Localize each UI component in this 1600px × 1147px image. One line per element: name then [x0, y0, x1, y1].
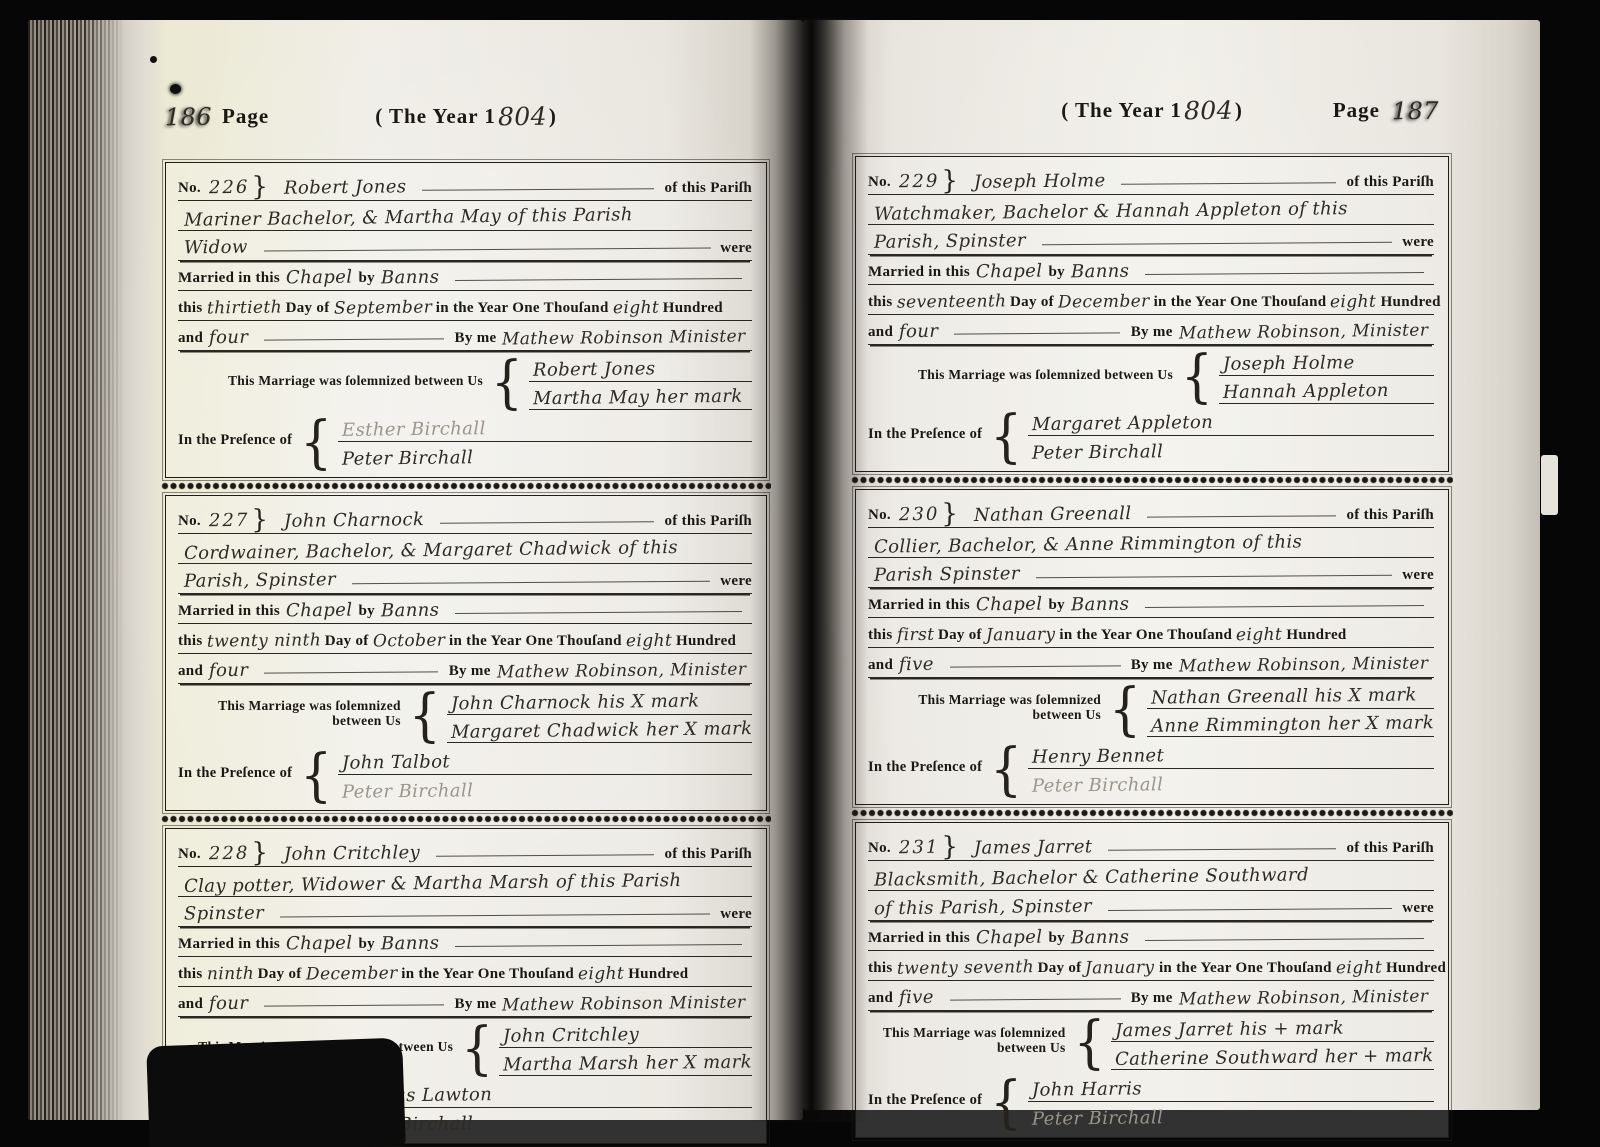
by-me-label: By me: [1131, 324, 1173, 343]
were-label: were: [720, 573, 752, 592]
page-number-block: 186 Page: [165, 101, 342, 129]
of-this-parish-label: of this Pariſh: [664, 513, 752, 532]
this-label: this: [178, 966, 203, 985]
brace: {: [461, 1022, 493, 1074]
groom-signature-line: John Charnock his X mark: [447, 687, 752, 715]
hundred-label: Hundred: [1381, 294, 1441, 313]
married-in-this-label: Married in this: [178, 936, 280, 955]
minister-row: and five By me Mathew Robinson, Minister: [868, 981, 1434, 1011]
year-units: four: [209, 995, 249, 1014]
groom-signature: John Critchley: [503, 1026, 639, 1047]
entries-left: No. 226 } Robert Jones of this Pariſh Ma…: [165, 162, 767, 1144]
entry-header-row: No. 231 } James Jarret of this Pariſh: [868, 831, 1434, 861]
pen-stroke: [1145, 938, 1424, 941]
solemnized-row: This Marriage was ſolemnized between Us …: [868, 345, 1434, 407]
pen-stroke: [1108, 908, 1392, 911]
condition-text: Parish Spinster: [874, 565, 1020, 586]
witness-1-signature: John Talbot: [342, 753, 450, 773]
married-row: Married in this Chapel by Banns: [178, 594, 752, 624]
year-prefix: ( The Year 1: [375, 104, 496, 129]
bead-separator: [851, 808, 1453, 819]
year-suffix: ): [549, 104, 557, 129]
and-label: and: [868, 657, 893, 676]
bride-signature-line: Anne Rimmington her X mark: [1147, 709, 1434, 737]
register-entry: No. 230 } Nathan Greenall of this Pariſh…: [855, 489, 1449, 805]
pen-stroke: [436, 854, 654, 857]
were-label: were: [720, 906, 752, 925]
of-this-parish-label: of this Pariſh: [1346, 840, 1434, 859]
hundred-label: Hundred: [628, 966, 688, 985]
condition-text: Widow: [184, 239, 248, 259]
condition-row: Parish Spinster were: [868, 558, 1434, 588]
pen-stroke: [455, 611, 742, 614]
year-hundreds: eight: [1236, 627, 1282, 645]
pen-stroke: [1036, 575, 1392, 578]
groom-name: Nathan Greenall: [974, 505, 1132, 526]
ink-speck: [150, 56, 157, 63]
brace: {: [300, 416, 332, 468]
date-row: this first Day of January in the Year On…: [868, 618, 1434, 648]
solemnized-label: This Marriage was ſolemnized between Us: [178, 374, 483, 391]
no-label: No.: [868, 840, 891, 859]
hundred-label: Hundred: [1386, 960, 1446, 979]
minister-row: and five By me Mathew Robinson, Minister: [868, 648, 1434, 678]
hundred-label: Hundred: [1286, 627, 1346, 646]
method-name: Banns: [381, 602, 440, 622]
witness-stack: John Talbot Peter Birchall: [338, 747, 752, 803]
year-units: five: [899, 989, 934, 1008]
occupation-and-bride: Watchmaker, Bachelor & Hannah Appleton o…: [874, 200, 1348, 225]
by-label: by: [1048, 264, 1064, 283]
day-of-label: Day of: [258, 966, 302, 985]
month-name: January: [1085, 960, 1155, 979]
day-of-label: Day of: [938, 627, 982, 646]
black-ink-blob: [146, 1038, 406, 1147]
right-page-header: ( The Year 1 804 ) Page 187: [855, 94, 1449, 134]
solemnized-row: This Marriage was ſolemnized between Us …: [178, 351, 752, 413]
month-name: December: [1058, 294, 1150, 313]
year-handwritten: 804: [1184, 96, 1233, 126]
witness-1-line: John Talbot: [338, 747, 752, 775]
day-of-label: Day of: [1010, 294, 1054, 313]
pen-stroke: [954, 332, 1120, 334]
method-name: Banns: [381, 935, 440, 955]
married-in-this-label: Married in this: [868, 930, 970, 949]
year-heading: ( The Year 1 804 ): [1030, 94, 1275, 123]
witness-1-line: Esther Birchall: [338, 414, 752, 442]
brace: }: [251, 177, 268, 198]
month-name: October: [372, 633, 445, 652]
by-me-label: By me: [455, 996, 497, 1015]
year-hundreds: eight: [626, 633, 672, 651]
occupation-and-bride: Cordwainer, Bachelor, & Margaret Chadwic…: [184, 539, 678, 564]
place-name: Chapel: [976, 596, 1043, 616]
year-units: four: [209, 329, 249, 348]
pen-stroke: [950, 998, 1121, 1000]
were-label: were: [1402, 234, 1434, 253]
signature-stack: John Charnock his X mark Margaret Chadwi…: [447, 687, 752, 743]
brace: }: [941, 504, 958, 525]
witness-2-line: Peter Birchall: [1028, 436, 1434, 464]
and-label: and: [868, 324, 893, 343]
occupation-row: Collier, Bachelor, & Anne Rimmington of …: [868, 528, 1434, 558]
register-entry: No. 229 } Joseph Holme of this Pariſh Wa…: [855, 156, 1449, 472]
solemnized-label: This Marriage was ſolemnized between Us: [868, 693, 1101, 725]
by-label: by: [1048, 930, 1064, 949]
pen-stroke: [455, 944, 742, 947]
bead-separator: [161, 481, 771, 492]
of-this-parish-label: of this Pariſh: [1346, 174, 1434, 193]
brace: }: [941, 837, 958, 858]
brace: {: [1074, 1016, 1106, 1068]
brace: {: [990, 410, 1022, 462]
register-entry: No. 226 } Robert Jones of this Pariſh Ma…: [165, 162, 767, 478]
married-in-this-label: Married in this: [178, 270, 280, 289]
pen-stroke: [1147, 515, 1336, 517]
pen-stroke: [1145, 605, 1424, 608]
day-word: thirtieth: [206, 300, 281, 319]
pen-stroke: [950, 665, 1121, 667]
bride-signature: Martha Marsh her X mark: [503, 1054, 752, 1076]
by-label: by: [358, 270, 374, 289]
this-label: this: [178, 300, 203, 319]
groom-name: John Charnock: [284, 511, 425, 532]
day-word: twenty seventh: [896, 959, 1033, 979]
year-label: in the Year One Thouſand: [1159, 960, 1332, 979]
bride-signature-line: Martha May her mark: [529, 382, 752, 410]
groom-name: Joseph Holme: [974, 172, 1106, 192]
brace: }: [251, 510, 268, 531]
this-label: this: [178, 633, 203, 652]
year-units: four: [899, 323, 939, 342]
pen-stroke: [1121, 182, 1336, 185]
witness-row: In the Preſence of { John Talbot Peter B…: [178, 746, 752, 804]
entry-header-row: No. 228 } John Critchley of this Pariſh: [178, 837, 752, 867]
year-label: in the Year One Thouſand: [401, 966, 574, 985]
and-label: and: [178, 996, 203, 1015]
year-hundreds: eight: [1336, 960, 1382, 978]
by-label: by: [1048, 597, 1064, 616]
presence-label: In the Preſence of: [868, 760, 982, 778]
pen-stroke: [264, 247, 711, 251]
presence-label: In the Preſence of: [178, 766, 292, 784]
occupation-row: Clay potter, Widower & Martha Marsh of t…: [178, 867, 752, 897]
witness-row: In the Preſence of { Henry Bennet Peter …: [868, 740, 1434, 798]
witness-row: In the Preſence of { Margaret Appleton P…: [868, 407, 1434, 465]
pen-stroke: [352, 581, 710, 585]
place-name: Chapel: [976, 929, 1043, 949]
entry-header-row: No. 230 } Nathan Greenall of this Pariſh: [868, 498, 1434, 528]
condition-row: Widow were: [178, 231, 752, 261]
no-label: No.: [178, 180, 201, 199]
year-label: in the Year One Thouſand: [1154, 294, 1327, 313]
witness-2-signature: Peter Birchall: [1032, 776, 1164, 796]
date-row: this thirtieth Day of September in the Y…: [178, 291, 752, 321]
occupation-and-bride: Clay potter, Widower & Martha Marsh of t…: [184, 872, 682, 897]
presence-label: In the Preſence of: [868, 1093, 982, 1111]
year-label: in the Year One Thouſand: [436, 300, 609, 319]
married-row: Married in this Chapel by Banns: [868, 588, 1434, 618]
witness-1-signature: Margaret Appleton: [1032, 414, 1213, 435]
witness-1-signature: John Harris: [1032, 1080, 1142, 1100]
occupation-and-bride: Collier, Bachelor, & Anne Rimmington of …: [874, 533, 1302, 557]
year-hundreds: eight: [612, 300, 658, 318]
bride-signature: Martha May her mark: [533, 388, 743, 409]
brace: {: [491, 356, 523, 408]
witness-2-signature: Peter Birchall: [342, 782, 474, 802]
witness-1-line: John Harris: [1028, 1074, 1434, 1102]
groom-signature: James Jarret his + mark: [1115, 1020, 1344, 1042]
year-handwritten: 804: [498, 102, 547, 132]
entries-right: No. 229 } Joseph Holme of this Pariſh Wa…: [855, 156, 1449, 1138]
bride-signature-line: Martha Marsh her X mark: [499, 1048, 752, 1076]
and-label: and: [178, 330, 203, 349]
entry-number: 229: [899, 173, 940, 192]
married-row: Married in this Chapel by Banns: [178, 927, 752, 957]
solemnized-row: This Marriage was ſolemnized between Us …: [178, 684, 752, 746]
entry-header-row: No. 227 } John Charnock of this Pariſh: [178, 504, 752, 534]
groom-signature-line: Nathan Greenall his X mark: [1147, 681, 1434, 709]
ink-speck: [170, 84, 181, 94]
entry-number: 231: [899, 839, 940, 858]
were-label: were: [720, 240, 752, 259]
groom-signature-line: John Critchley: [499, 1020, 752, 1048]
witness-1-signature: Esther Birchall: [342, 420, 486, 441]
place-name: Chapel: [286, 269, 353, 289]
solemnized-row: This Marriage was ſolemnized between Us …: [868, 678, 1434, 740]
pen-stroke: [422, 188, 654, 191]
brace: {: [990, 743, 1022, 795]
witness-row: In the Preſence of { Esther Birchall Pet…: [178, 413, 752, 471]
bride-signature-line: Catherine Southward her + mark: [1111, 1042, 1434, 1070]
scan-edge-notch: [1541, 455, 1558, 515]
bride-signature-line: Margaret Chadwick her X mark: [447, 715, 752, 743]
married-in-this-label: Married in this: [868, 264, 970, 283]
solemnized-label: This Marriage was ſolemnized between Us: [178, 699, 401, 731]
witness-2-line: Peter Birchall: [338, 442, 752, 470]
witness-stack: Henry Bennet Peter Birchall: [1028, 741, 1434, 797]
by-label: by: [358, 936, 374, 955]
married-in-this-label: Married in this: [178, 603, 280, 622]
minister-signature: Mathew Robinson, Minister: [1179, 656, 1429, 677]
day-word: twenty ninth: [206, 632, 320, 651]
right-page-content: ( The Year 1 804 ) Page 187 No. 229 } Jo…: [855, 94, 1449, 1138]
day-of-label: Day of: [325, 633, 369, 652]
presence-label: In the Preſence of: [868, 427, 982, 445]
witness-row: In the Preſence of { John Harris Peter B…: [868, 1073, 1434, 1131]
groom-signature: John Charnock his X mark: [451, 693, 700, 715]
married-row: Married in this Chapel by Banns: [178, 261, 752, 291]
by-me-label: By me: [1131, 990, 1173, 1009]
and-label: and: [178, 663, 203, 682]
day-word: ninth: [206, 966, 253, 984]
minister-row: and four By me Mathew Robinson, Minister: [868, 315, 1434, 345]
witness-stack: Esther Birchall Peter Birchall: [338, 414, 752, 470]
method-name: Banns: [381, 269, 440, 289]
entry-number: 226: [209, 179, 250, 198]
brace: {: [1181, 350, 1213, 402]
occupation-row: Blacksmith, Bachelor & Catherine Southwa…: [868, 861, 1434, 891]
pen-stroke: [1108, 848, 1336, 851]
year-units: four: [209, 662, 249, 681]
were-label: were: [1402, 900, 1434, 919]
witness-2-line: Peter Birchall: [338, 775, 752, 803]
occupation-row: Mariner Bachelor, & Martha May of this P…: [178, 201, 752, 231]
of-this-parish-label: of this Pariſh: [664, 846, 752, 865]
method-name: Banns: [1071, 929, 1130, 949]
brace: {: [300, 749, 332, 801]
month-name: September: [333, 300, 431, 319]
year-label: in the Year One Thouſand: [449, 633, 622, 652]
pen-stroke: [1145, 272, 1424, 275]
were-label: were: [1402, 567, 1434, 586]
place-name: Chapel: [976, 263, 1043, 283]
hundred-label: Hundred: [663, 300, 723, 319]
occupation-and-bride: Blacksmith, Bachelor & Catherine Southwa…: [874, 866, 1309, 890]
brace: {: [1109, 683, 1141, 735]
book-page-edges: [28, 20, 124, 1120]
no-label: No.: [178, 513, 201, 532]
page-number-block: Page 187: [1274, 95, 1449, 123]
signature-stack: Nathan Greenall his X mark Anne Rimmingt…: [1147, 681, 1434, 737]
groom-signature-line: James Jarret his + mark: [1111, 1014, 1434, 1042]
entry-number: 230: [899, 506, 940, 525]
left-page-header: 186 Page ( The Year 1 804 ): [165, 100, 767, 140]
entry-header-row: No. 229 } Joseph Holme of this Pariſh: [868, 165, 1434, 195]
groom-name: Robert Jones: [284, 178, 407, 198]
witness-stack: Margaret Appleton Peter Birchall: [1028, 408, 1434, 464]
day-of-label: Day of: [286, 300, 330, 319]
year-hundreds: eight: [578, 966, 624, 984]
by-me-label: By me: [1131, 657, 1173, 676]
groom-name: John Critchley: [284, 844, 420, 865]
no-label: No.: [868, 174, 891, 193]
pen-stroke: [280, 913, 710, 917]
method-name: Banns: [1071, 263, 1130, 283]
brace: }: [251, 843, 268, 864]
presence-label: In the Preſence of: [178, 433, 292, 451]
bride-signature: Hannah Appleton: [1223, 382, 1389, 403]
witness-1-line: Margaret Appleton: [1028, 408, 1434, 436]
signature-stack: John Critchley Martha Marsh her X mark: [499, 1020, 752, 1076]
right-page: ( The Year 1 804 ) Page 187 No. 229 } Jo…: [803, 20, 1540, 1110]
witness-1-line: Henry Bennet: [1028, 741, 1434, 769]
month-name: January: [986, 627, 1056, 646]
occupation-row: Cordwainer, Bachelor, & Margaret Chadwic…: [178, 534, 752, 564]
signature-stack: Robert Jones Martha May her mark: [529, 354, 752, 410]
minister-signature: Mathew Robinson Minister: [502, 995, 746, 1016]
entry-number: 228: [209, 845, 250, 864]
place-name: Chapel: [286, 935, 353, 955]
minister-row: and four By me Mathew Robinson Minister: [178, 321, 752, 351]
of-this-parish-label: of this Pariſh: [664, 180, 752, 199]
date-row: this twenty ninth Day of October in the …: [178, 624, 752, 654]
bead-separator: [851, 475, 1453, 486]
by-me-label: By me: [455, 330, 497, 349]
condition-text: Spinster: [184, 905, 264, 925]
no-label: No.: [868, 507, 891, 526]
solemnized-label: This Marriage was ſolemnized between Us: [868, 1026, 1066, 1058]
register-entry: No. 227 } John Charnock of this Pariſh C…: [165, 495, 767, 811]
groom-signature-line: Robert Jones: [529, 354, 752, 382]
condition-row: Parish, Spinster were: [178, 564, 752, 594]
by-me-label: By me: [449, 663, 491, 682]
pen-stroke: [1042, 242, 1392, 245]
married-row: Married in this Chapel by Banns: [868, 921, 1434, 951]
condition-text: of this Parish, Spinster: [874, 898, 1092, 920]
occupation-and-bride: Mariner Bachelor, & Martha May of this P…: [184, 206, 633, 230]
month-name: December: [305, 966, 397, 985]
minister-row: and four By me Mathew Robinson Minister: [178, 987, 752, 1017]
condition-text: Parish, Spinster: [874, 232, 1026, 253]
condition-row: of this Parish, Spinster were: [868, 891, 1434, 921]
day-of-label: Day of: [1038, 960, 1082, 979]
place-name: Chapel: [286, 602, 353, 622]
year-prefix: ( The Year 1: [1061, 98, 1182, 123]
married-row: Married in this Chapel by Banns: [868, 255, 1434, 285]
pen-stroke: [264, 338, 444, 340]
year-suffix: ): [1235, 98, 1243, 123]
left-page-content: 186 Page ( The Year 1 804 ) No. 226 } Ro…: [165, 100, 767, 1144]
year-hundreds: eight: [1330, 294, 1376, 312]
of-this-parish-label: of this Pariſh: [1346, 507, 1434, 526]
witness-2-signature: Peter Birchall: [1032, 1109, 1164, 1129]
day-word: seventeenth: [896, 293, 1006, 312]
and-label: and: [868, 990, 893, 1009]
witness-2-signature: Peter Birchall: [1032, 443, 1164, 463]
page-label: Page: [222, 104, 269, 129]
minister-signature: Mathew Robinson Minister: [502, 329, 746, 350]
groom-name: James Jarret: [974, 838, 1093, 858]
signature-stack: Joseph Holme Hannah Appleton: [1219, 348, 1434, 404]
pen-stroke: [440, 521, 654, 523]
condition-text: Parish, Spinster: [184, 571, 336, 592]
bride-signature-line: Hannah Appleton: [1219, 376, 1434, 404]
register-entry: No. 231 } James Jarret of this Pariſh Bl…: [855, 822, 1449, 1138]
page-number: 187: [1392, 97, 1439, 126]
minister-signature: Mathew Robinson, Minister: [1179, 989, 1429, 1010]
groom-signature-line: Joseph Holme: [1219, 348, 1434, 376]
bead-separator: [161, 814, 771, 825]
pen-stroke: [264, 1004, 444, 1006]
witness-stack: John Harris Peter Birchall: [1028, 1074, 1434, 1130]
this-label: this: [868, 960, 893, 979]
day-word: first: [896, 627, 934, 645]
date-row: this ninth Day of December in the Year O…: [178, 957, 752, 987]
condition-row: Parish, Spinster were: [868, 225, 1434, 255]
entry-number: 227: [209, 512, 250, 531]
witness-2-signature: Peter Birchall: [342, 449, 474, 469]
bride-signature: Catherine Southward her + mark: [1115, 1047, 1434, 1070]
groom-signature: Joseph Holme: [1223, 354, 1355, 374]
minister-row: and four By me Mathew Robinson, Minister: [178, 654, 752, 684]
by-label: by: [358, 603, 374, 622]
pen-stroke: [455, 278, 742, 281]
brace: {: [409, 689, 441, 741]
solemnized-label: This Marriage was ſolemnized between Us: [868, 368, 1173, 385]
signature-stack: James Jarret his + mark Catherine Southw…: [1111, 1014, 1434, 1070]
no-label: No.: [178, 846, 201, 865]
left-page: 186 Page ( The Year 1 804 ) No. 226 } Ro…: [28, 20, 803, 1120]
this-label: this: [868, 627, 893, 646]
witness-2-line: Peter Birchall: [1028, 1102, 1434, 1130]
groom-signature: Nathan Greenall his X mark: [1151, 686, 1417, 708]
year-label: in the Year One Thouſand: [1059, 627, 1232, 646]
condition-row: Spinster were: [178, 897, 752, 927]
bride-signature: Anne Rimmington her X mark: [1151, 714, 1434, 736]
minister-signature: Mathew Robinson, Minister: [1179, 323, 1429, 344]
year-units: five: [899, 656, 934, 675]
